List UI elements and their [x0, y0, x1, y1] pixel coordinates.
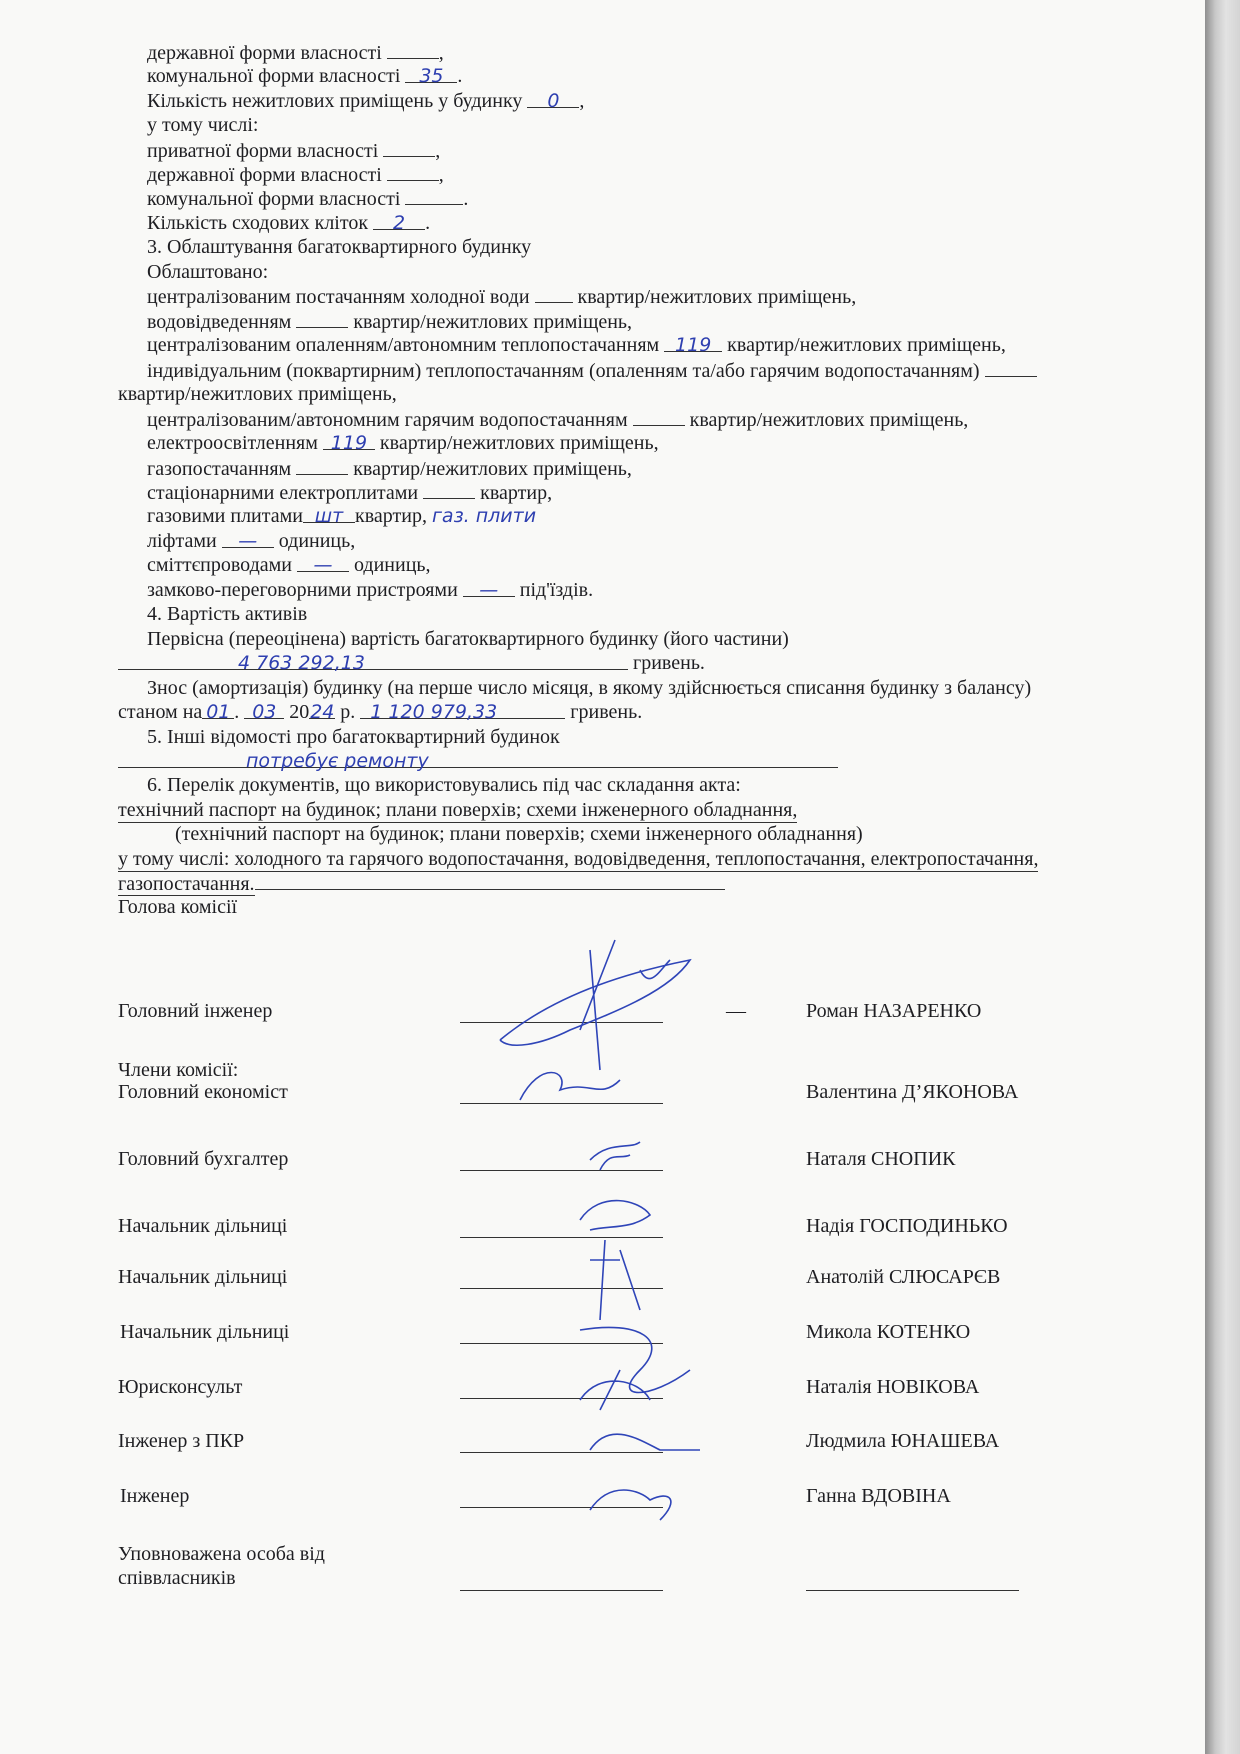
unit: квартир/нежитлових приміщень,: [690, 409, 969, 431]
state-ownership-row: державної форми власності ,: [147, 40, 444, 65]
signatures-scribbles: [440, 930, 780, 1690]
communal-ownership2-row: комунальної форми власності .: [147, 186, 468, 211]
communal-ownership2-field: [405, 186, 463, 205]
label: станом на: [118, 701, 202, 723]
label: державної форми власності: [147, 42, 382, 64]
signatory-role: Юрисконсульт: [118, 1376, 242, 1399]
section4-heading: 4. Вартість активів: [147, 602, 307, 626]
gas-docs-line: газопостачання.: [118, 873, 255, 896]
signatory-name: Ганна ВДОВІНА: [806, 1485, 951, 1508]
depreciation-label: Знос (амортизація) будинку (на перше чис…: [147, 676, 1031, 700]
label: газовими плитами: [147, 505, 303, 527]
unit: квартир,: [480, 482, 552, 504]
owners-rep-name-line: [806, 1590, 1019, 1591]
label: водовідведенням: [147, 311, 291, 333]
private-ownership-field: [383, 138, 435, 157]
page-edge-shadow: [1205, 0, 1240, 1754]
signatory-name: Надія ГОСПОДИНЬКО: [806, 1215, 1008, 1238]
label: газопостачанням: [147, 458, 291, 480]
month-field: 03: [244, 700, 284, 719]
lifts-row: ліфтами — одиниць,: [147, 529, 355, 553]
el-stoves-field: [423, 480, 475, 499]
state-ownership2-row: державної форми власності ,: [147, 162, 444, 187]
signatory-name: Наталя СНОПИК: [806, 1148, 955, 1171]
signatory-name: Валентина Д’ЯКОНОВА: [806, 1081, 1018, 1104]
intercoms-row: замково-переговорними пристроями — під'ї…: [147, 578, 593, 602]
owners-rep-label-1: Уповноважена особа від: [118, 1542, 325, 1566]
cold-water-row: централізованим постачанням холодної вод…: [147, 284, 856, 309]
el-stoves-row: стаціонарними електроплитами квартир,: [147, 480, 552, 505]
label: електроосвітленням: [147, 432, 318, 454]
label: індивідуальним (поквартирним) теплопоста…: [147, 360, 980, 382]
electric-row: електроосвітленням 119 квартир/нежитлови…: [147, 431, 659, 455]
unit: квартир/нежитлових приміщень,: [578, 286, 857, 308]
owners-rep-label-2: співвласників: [118, 1566, 236, 1590]
initial-cost-field: 4 763 292,13: [118, 651, 628, 670]
heating-row: централізованим опаленням/автономним теп…: [147, 333, 1006, 357]
signatory-role: Начальник дільниці: [118, 1266, 287, 1289]
nonres-count-row: Кількість нежитлових приміщень у будинку…: [147, 89, 584, 113]
gas-docs-row: газопостачання.: [118, 871, 725, 896]
electric-field: 119: [323, 431, 375, 450]
day-field: 01: [202, 700, 234, 719]
gas-row: газопостачанням квартир/нежитлових примі…: [147, 456, 632, 481]
label: приватної форми власності: [147, 140, 378, 162]
hot-water-row: централізованим/автономним гарячим водоп…: [147, 407, 968, 432]
section5-heading: 5. Інші відомості про багатоквартирний б…: [147, 725, 560, 749]
label: сміттєпроводами: [147, 554, 292, 576]
section6-heading: 6. Перелік документів, що використовувал…: [147, 773, 741, 797]
unit: квартир,: [355, 505, 427, 527]
unit: квартир/нежитлових приміщень,: [353, 458, 632, 480]
unit: одиниць,: [279, 530, 356, 552]
signatory-role: Начальник дільниці: [118, 1215, 287, 1238]
gas-field: [296, 456, 348, 475]
signatory-name: Наталія НОВІКОВА: [806, 1376, 979, 1399]
chutes-row: сміттєпроводами — одиниць,: [147, 553, 431, 577]
chutes-field: —: [297, 553, 349, 572]
label: централізованим постачанням холодної вод…: [147, 286, 530, 308]
individual-heating-row: індивідуальним (поквартирним) теплопоста…: [147, 358, 1037, 383]
docs-line: технічний паспорт на будинок; плани пове…: [118, 798, 797, 823]
stairwells-row: Кількість сходових кліток 2.: [147, 211, 430, 235]
gas-stoves-field: шт: [303, 504, 355, 523]
communal-ownership-field: 35: [405, 64, 457, 83]
hot-water-field: [633, 407, 685, 426]
docs-hint: (технічний паспорт на будинок; плани пов…: [175, 822, 863, 846]
signatory-name: Микола КОТЕНКО: [806, 1321, 970, 1344]
state-ownership-field: [387, 40, 439, 59]
unit: квартир/нежитлових приміщень,: [727, 334, 1006, 356]
initial-cost-row: 4 763 292,13 гривень.: [118, 651, 705, 675]
gas-stoves-note: газ. плити: [432, 505, 536, 527]
signatory-role: Головний інженер: [118, 1000, 272, 1023]
nonres-count-field: 0: [527, 89, 579, 108]
intercoms-field: —: [463, 578, 515, 597]
signatory-name: Роман НАЗАРЕНКО: [806, 1000, 981, 1023]
unit: одиниць,: [354, 554, 431, 576]
document-page: державної форми власності , комунальної …: [0, 0, 1205, 1754]
label: централізованим/автономним гарячим водоп…: [147, 409, 628, 431]
section3-heading: 3. Облаштування багатоквартирного будинк…: [147, 235, 531, 259]
year-label: р.: [340, 701, 355, 723]
lifts-field: —: [222, 529, 274, 548]
private-ownership-row: приватної форми власності ,: [147, 138, 440, 163]
year-field: 24: [309, 700, 335, 719]
currency: гривень.: [633, 652, 705, 674]
individual-heating-field: [985, 358, 1037, 377]
heating-field: 119: [664, 333, 722, 352]
signatory-role: Головний бухгалтер: [118, 1148, 288, 1171]
sewage-field: [296, 309, 348, 328]
label: комунальної форми власності: [147, 65, 400, 87]
initial-cost-label: Первісна (переоцінена) вартість багатокв…: [147, 627, 789, 651]
label: централізованим опаленням/автономним теп…: [147, 334, 659, 356]
label: стаціонарними електроплитами: [147, 482, 418, 504]
unit: квартир/нежитлових приміщень,: [380, 432, 659, 454]
label: Кількість нежитлових приміщень у будинку: [147, 90, 522, 112]
currency: гривень.: [570, 701, 642, 723]
sewage-row: водовідведенням квартир/нежитлових примі…: [147, 309, 632, 334]
signatory-name: Анатолій СЛЮСАРЄВ: [806, 1266, 1000, 1289]
commission-members-label: Члени комісії:: [118, 1058, 238, 1082]
unit: під'їздів.: [520, 579, 593, 601]
individual-heating-unit: квартир/нежитлових приміщень,: [118, 382, 397, 406]
equipped-label: Облаштовано:: [147, 260, 268, 284]
other-info-row: потребує ремонту: [118, 749, 838, 773]
including-label: у тому числі:: [147, 113, 258, 137]
gas-docs-blank: [255, 871, 725, 890]
cold-water-field: [535, 284, 573, 303]
communal-ownership-row: комунальної форми власності 35.: [147, 64, 462, 88]
label: Кількість сходових кліток: [147, 212, 368, 234]
including-docs-line: у тому числі: холодного та гарячого водо…: [118, 847, 1038, 872]
signatory-role: Інженер: [120, 1485, 189, 1508]
signatory-name: Людмила ЮНАШЕВА: [806, 1430, 999, 1453]
other-info-field: потребує ремонту: [118, 749, 838, 768]
label: державної форми власності: [147, 164, 382, 186]
label: комунальної форми власності: [147, 188, 400, 210]
unit: квартир/нежитлових приміщень,: [353, 311, 632, 333]
state-ownership2-field: [387, 162, 439, 181]
depreciation-field: 1 120 979,33: [360, 700, 565, 719]
label: ліфтами: [147, 530, 217, 552]
signatory-role: Головний економіст: [118, 1081, 288, 1104]
year-prefix: 20: [289, 701, 309, 723]
commission-head-label: Голова комісії: [118, 895, 237, 919]
signatory-role: Начальник дільниці: [120, 1321, 289, 1344]
label: замково-переговорними пристроями: [147, 579, 458, 601]
stairwells-field: 2: [373, 211, 425, 230]
depreciation-row: станом на01. 03 2024 р. 1 120 979,33 гри…: [118, 700, 642, 724]
gas-stoves-row: газовими плитамиштквартир, газ. плити: [147, 504, 536, 528]
signatory-role: Інженер з ПКР: [118, 1430, 244, 1453]
